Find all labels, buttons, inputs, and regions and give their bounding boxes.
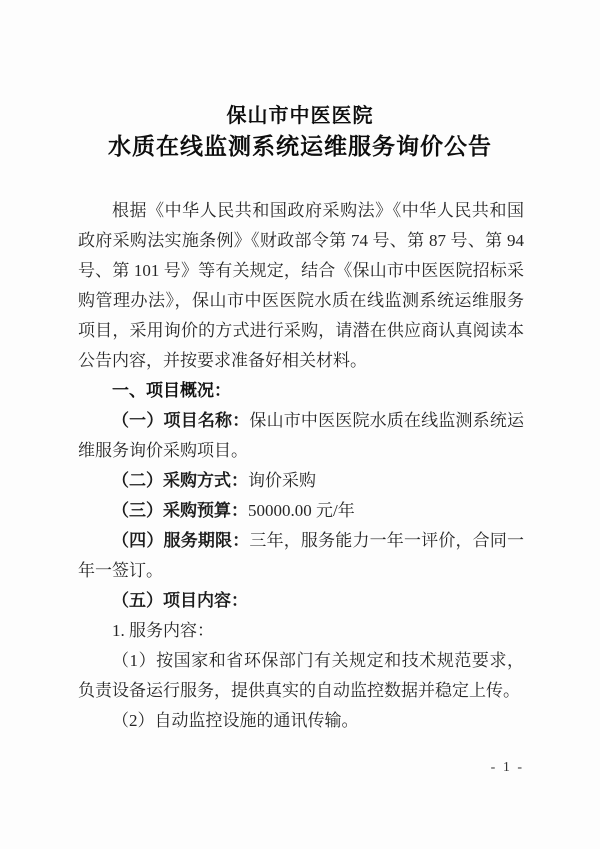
item-value: 50000.00 元/年 <box>248 501 355 520</box>
item-label: （五）项目内容： <box>112 591 248 610</box>
intro-paragraph: 根据《中华人民共和国政府采购法》《中华人民共和国政府采购法实施条例》《财政部令第… <box>78 196 524 376</box>
item-label: （四）服务期限： <box>112 531 249 550</box>
item-value: 询价采购 <box>248 471 316 490</box>
item-paragraph: （四）服务期限：三年，服务能力一年一评价，合同一年一签订。 <box>78 526 524 586</box>
item-paragraph: （一）项目名称：保山市中医医院水质在线监测系统运维服务询价采购项目。 <box>78 406 524 466</box>
item-paragraph: （2）自动监控设施的通讯传输。 <box>78 706 524 736</box>
doc-title: 保山市中医医院 水质在线监测系统运维服务询价公告 <box>0 102 600 162</box>
item-label: （一）项目名称： <box>112 411 249 430</box>
item-paragraph: （三）采购预算：50000.00 元/年 <box>78 496 524 526</box>
item-paragraph: （二）采购方式：询价采购 <box>78 466 524 496</box>
item-paragraph: （五）项目内容： <box>78 586 524 616</box>
doc-title-line2: 水质在线监测系统运维服务询价公告 <box>0 130 600 162</box>
document-page: 保山市中医医院 水质在线监测系统运维服务询价公告 根据《中华人民共和国政府采购法… <box>0 0 600 849</box>
item-label: （二）采购方式： <box>112 471 248 490</box>
item-paragraph: 1. 服务内容： <box>78 616 524 646</box>
doc-title-line1: 保山市中医医院 <box>0 102 600 130</box>
page-number: - 1 - <box>78 760 524 776</box>
doc-body: 根据《中华人民共和国政府采购法》《中华人民共和国政府采购法实施条例》《财政部令第… <box>78 196 524 736</box>
item-value: 1. 服务内容： <box>112 621 214 640</box>
item-label: （三）采购预算： <box>112 501 248 520</box>
item-value: （1）按国家和省环保部门有关规定和技术规范要求，负责设备运行服务，提供真实的自动… <box>78 651 524 700</box>
item-value: （2）自动监控设施的通讯传输。 <box>112 711 359 730</box>
item-paragraph: （1）按国家和省环保部门有关规定和技术规范要求，负责设备运行服务，提供真实的自动… <box>78 646 524 706</box>
section-heading: 一、项目概况： <box>78 376 524 406</box>
